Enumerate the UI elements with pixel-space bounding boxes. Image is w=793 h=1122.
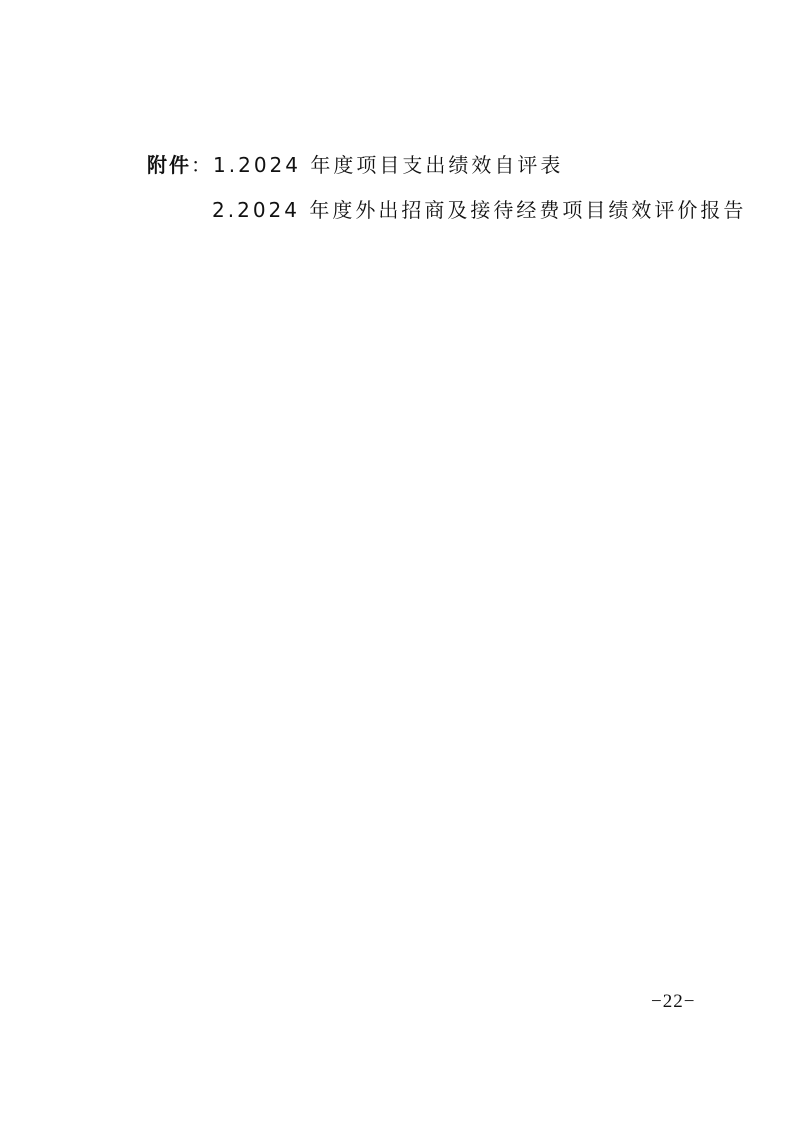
attachment-item-2: 2.2024 年度外出招商及接待经费项目绩效评价报告 xyxy=(212,196,746,224)
attachments-separator: ： xyxy=(191,153,213,177)
attachment-number-1: 1. xyxy=(213,153,238,177)
attachment-title-2: 2024 年度外出招商及接待经费项目绩效评价报告 xyxy=(237,198,746,222)
attachment-title-1: 2024 年度项目支出绩效自评表 xyxy=(238,153,563,177)
document-page: 附件：1.2024 年度项目支出绩效自评表 2.2024 年度外出招商及接待经费… xyxy=(0,0,793,1122)
attachment-item-1: 附件：1.2024 年度项目支出绩效自评表 xyxy=(147,151,563,179)
attachments-label: 附件 xyxy=(147,153,191,177)
page-number: −22− xyxy=(651,990,695,1014)
attachment-number-2: 2. xyxy=(212,198,237,222)
